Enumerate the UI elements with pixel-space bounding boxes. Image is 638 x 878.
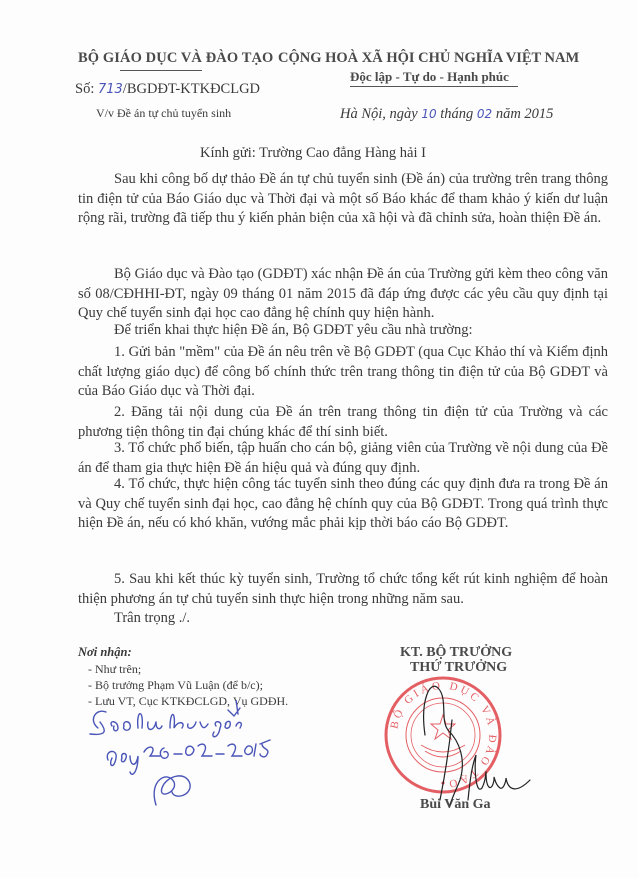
- doc-number-prefix: Số:: [75, 81, 98, 97]
- organization-underline: [120, 70, 202, 71]
- national-motto: Độc lập - Tự do - Hạnh phúc: [350, 69, 509, 85]
- motto-underline: [350, 86, 518, 87]
- paragraph-text: 5. Sau khi kết thúc kỳ tuyển sinh, Trườn…: [78, 570, 608, 609]
- paragraph-text: Sau khi công bố dự thảo Đề án tự chủ tuy…: [78, 170, 608, 229]
- document-number: Số: 713/BGDĐT-KTKĐCLGD: [75, 81, 260, 98]
- issuing-organization: BỘ GIÁO DỤC VÀ ĐÀO TẠO: [78, 50, 273, 67]
- official-letter: BỘ GIÁO DỤC VÀ ĐÀO TẠO Số: 713/BGDĐT-KTK…: [0, 0, 638, 878]
- recipient-item: - Như trên;: [88, 662, 141, 677]
- date-day-handwritten: 10: [421, 107, 436, 121]
- document-subject: V/v Đề án tự chủ tuyển sinh: [96, 106, 231, 121]
- doc-number-suffix: /BGDĐT-KTKĐCLGD: [123, 81, 260, 97]
- paragraph-text: 2. Đăng tải nội dung của Đề án trên tran…: [78, 403, 608, 442]
- signature-title-primary: KT. BỘ TRƯỞNG: [400, 645, 512, 661]
- requirement-2: 2. Đăng tải nội dung của Đề án trên tran…: [78, 403, 608, 442]
- signatory-name: Bùi Văn Ga: [420, 797, 491, 813]
- paragraph-text: Bộ Giáo dục và Đào tạo (GDĐT) xác nhận Đ…: [78, 265, 608, 324]
- date-year-label: năm 2015: [492, 106, 553, 122]
- closing: Trân trọng ./.: [78, 609, 608, 629]
- handwritten-copy-note: [78, 700, 278, 810]
- paragraph-confirmation: Bộ Giáo dục và Đào tạo (GDĐT) xác nhận Đ…: [78, 265, 608, 324]
- recipients-label: Nơi nhận:: [78, 645, 132, 660]
- date-month-label: tháng: [437, 106, 477, 122]
- requirement-5: 5. Sau khi kết thúc kỳ tuyển sinh, Trườn…: [78, 570, 608, 609]
- paragraph-text: Để triển khai thực hiện Đề án, Bộ GDĐT y…: [78, 321, 608, 341]
- requirement-4: 4. Tổ chức, thực hiện công tác tuyển sin…: [78, 475, 608, 534]
- date-month-handwritten: 02: [477, 107, 492, 121]
- national-title: CỘNG HOÀ XÃ HỘI CHỦ NGHĨA VIỆT NAM: [278, 50, 579, 67]
- document-date: Hà Nội, ngày 10 tháng 02 năm 2015: [340, 106, 553, 123]
- handwritten-signature: [420, 680, 540, 810]
- paragraph-text: 1. Gửi bản "mềm" của Đề án nêu trên về B…: [78, 343, 608, 402]
- requirement-1: 1. Gửi bản "mềm" của Đề án nêu trên về B…: [78, 343, 608, 402]
- date-prefix: Hà Nội, ngày: [340, 106, 421, 122]
- recipient-item: - Bộ trưởng Phạm Vũ Luận (để b/c);: [88, 678, 263, 693]
- doc-number-handwritten: 713: [98, 82, 123, 97]
- signature-title-secondary: THỨ TRƯỞNG: [410, 660, 507, 676]
- paragraph-requirements-intro: Để triển khai thực hiện Đề án, Bộ GDĐT y…: [78, 321, 608, 341]
- paragraph-text: Trân trọng ./.: [78, 609, 608, 629]
- addressee: Kính gửi: Trường Cao đẳng Hàng hải I: [200, 145, 426, 162]
- paragraph-intro: Sau khi công bố dự thảo Đề án tự chủ tuy…: [78, 170, 608, 229]
- paragraph-text: 3. Tổ chức phổ biến, tập huấn cho cán bộ…: [78, 439, 608, 478]
- paragraph-text: 4. Tổ chức, thực hiện công tác tuyển sin…: [78, 475, 608, 534]
- requirement-3: 3. Tổ chức phổ biến, tập huấn cho cán bộ…: [78, 439, 608, 478]
